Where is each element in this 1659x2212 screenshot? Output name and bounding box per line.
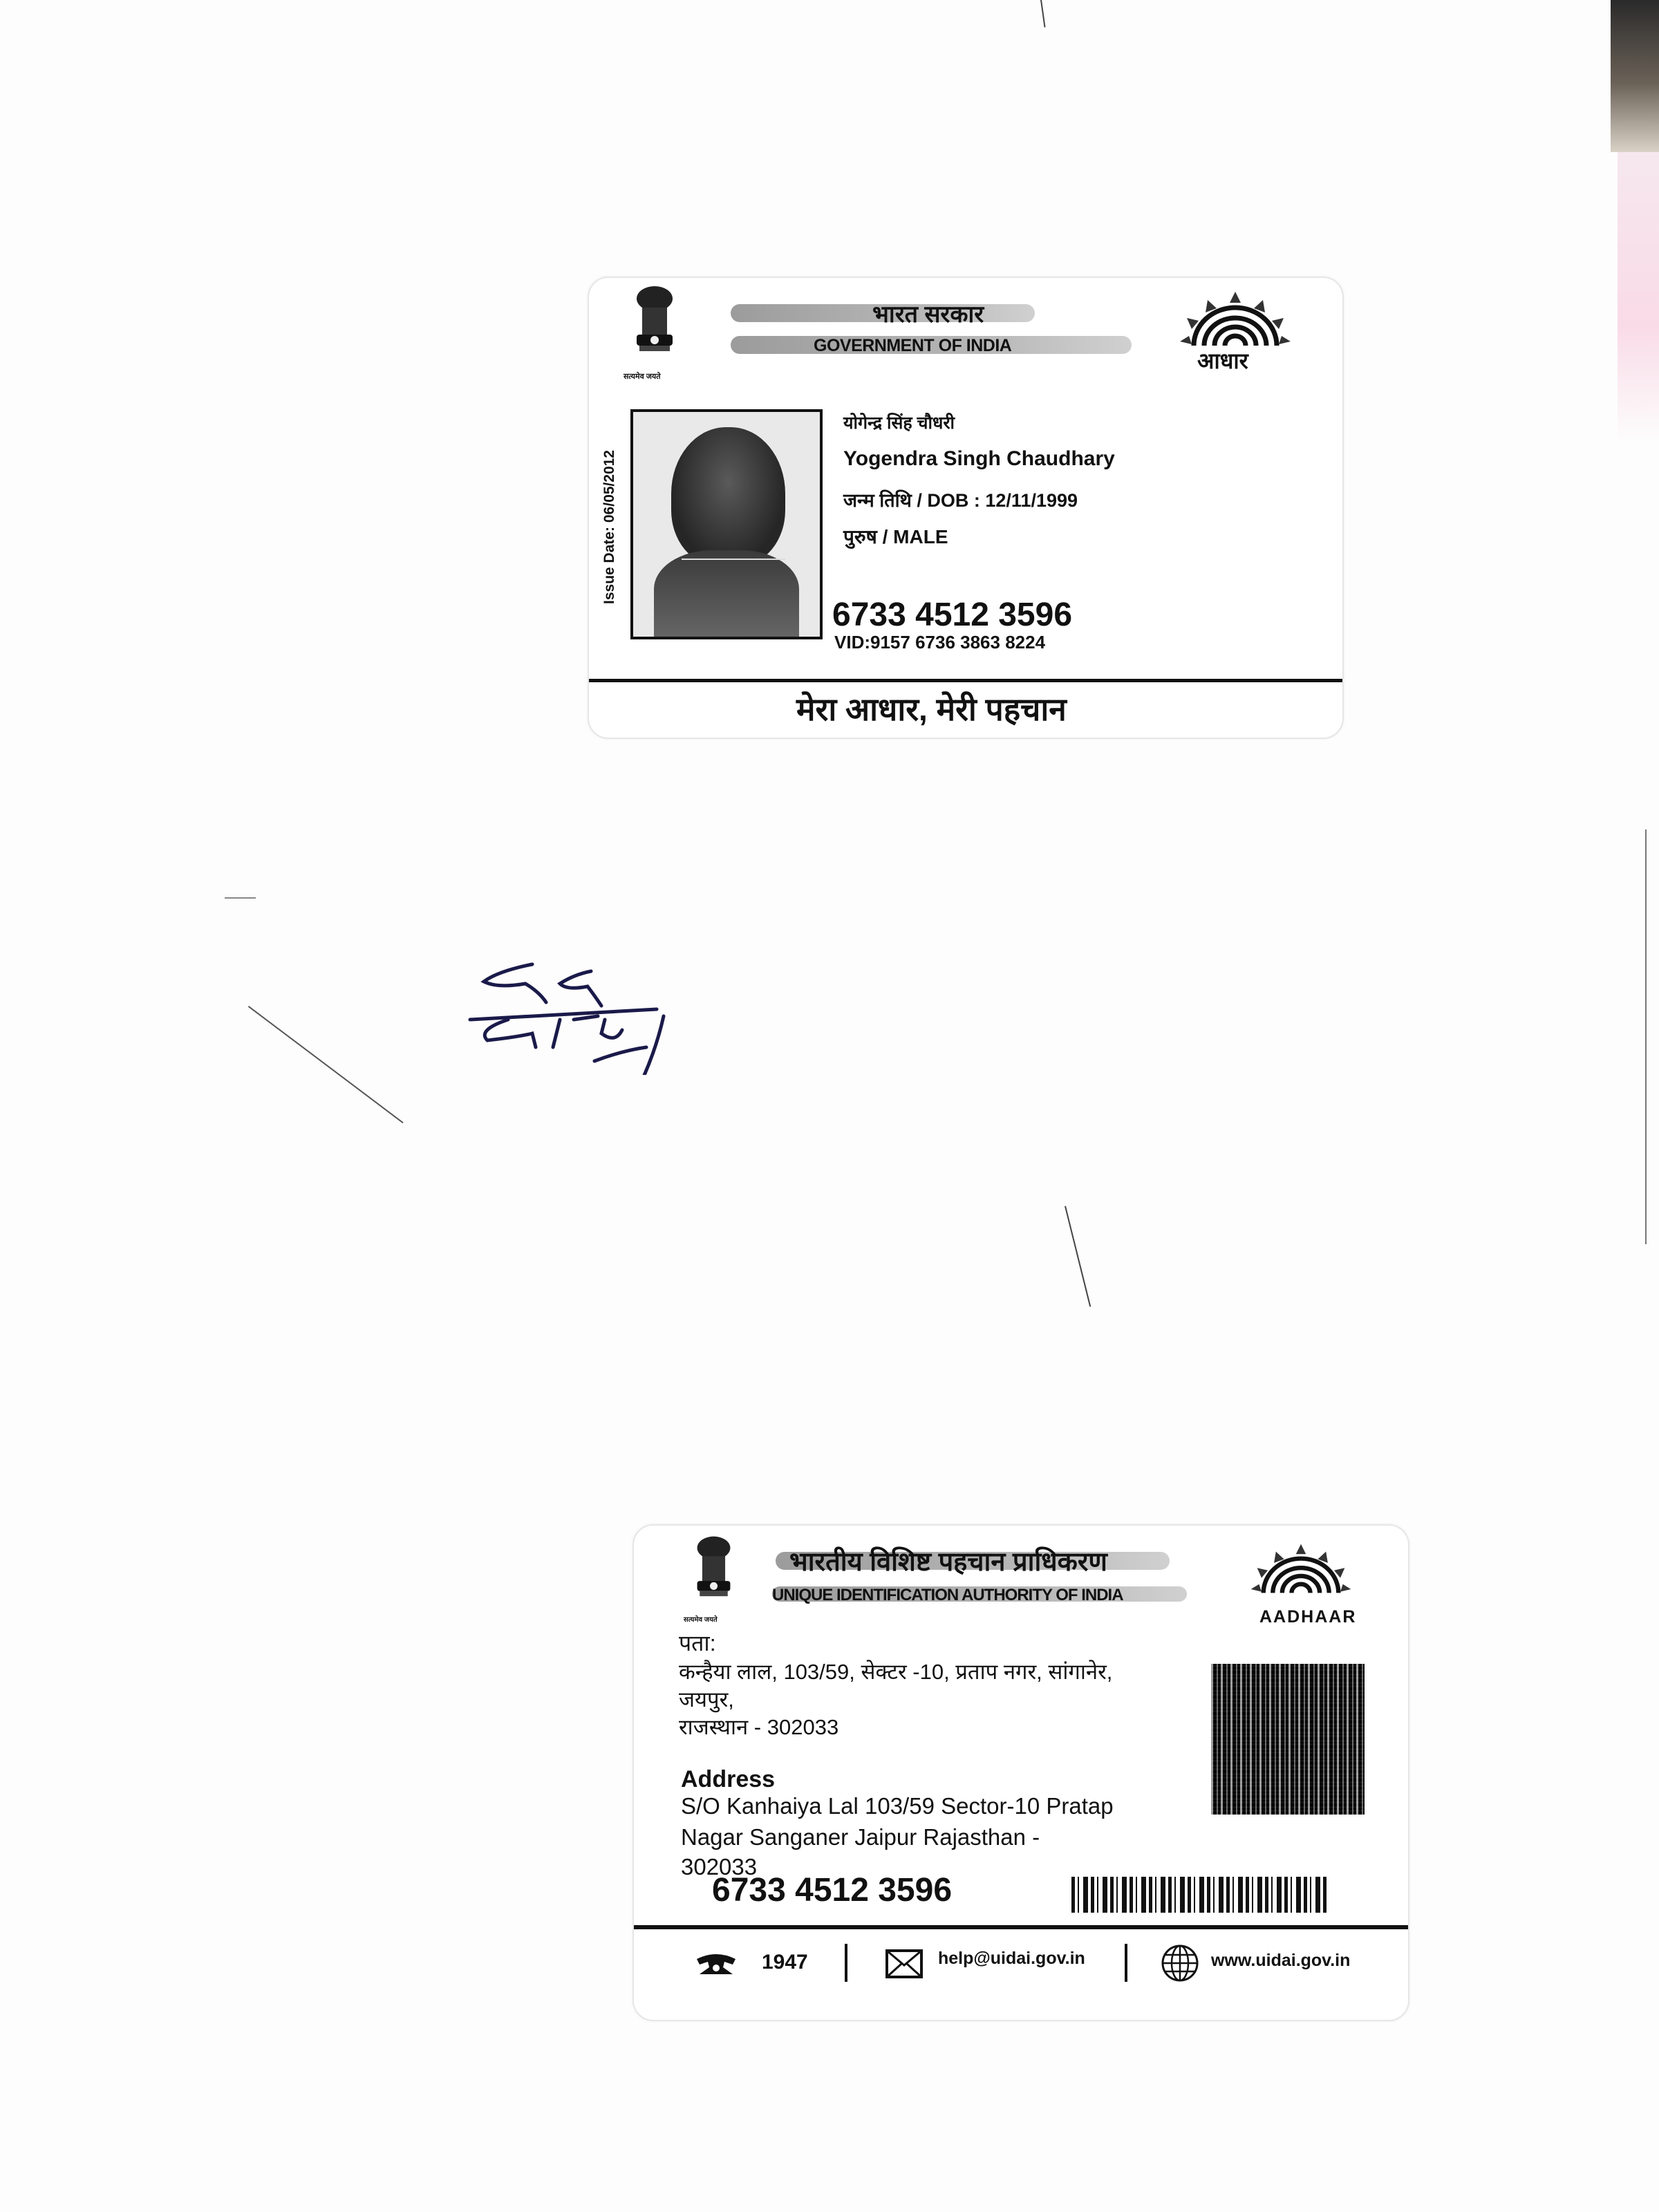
mail-icon bbox=[885, 1949, 924, 1979]
aadhaar-logo-text: AADHAAR bbox=[1259, 1607, 1356, 1627]
header-hindi: भारतीय विशिष्ट पहचान प्राधिकरण bbox=[789, 1543, 1107, 1579]
scan-mark bbox=[1645, 829, 1647, 1244]
qr-code bbox=[1211, 1664, 1365, 1815]
emblem-motto: सत्यमेव जयते bbox=[684, 1614, 718, 1624]
adjacent-paper-fragment bbox=[1618, 152, 1659, 442]
aadhaar-number: 6733 4512 3596 bbox=[832, 596, 1072, 634]
address-hindi-line2: जयपुर, bbox=[679, 1685, 734, 1714]
handwritten-signature: योगेन्द्र bbox=[456, 950, 677, 1075]
aadhaar-logo-text: आधार bbox=[1197, 346, 1248, 375]
address-hindi-line3: राजस्थान - 302033 bbox=[679, 1712, 838, 1741]
footer-separator bbox=[1125, 1944, 1127, 1982]
footer-separator bbox=[845, 1944, 847, 1982]
adjacent-photo-fragment bbox=[1611, 0, 1659, 152]
aadhaar-number: 6733 4512 3596 bbox=[712, 1871, 952, 1909]
gender: पुरुष / MALE bbox=[843, 523, 948, 550]
card-divider bbox=[634, 1925, 1408, 1929]
telephone-icon bbox=[693, 1949, 740, 1978]
website-link[interactable]: www.uidai.gov.in bbox=[1211, 1951, 1350, 1971]
helpline-number: 1947 bbox=[762, 1951, 808, 1974]
address-hindi-line1: कन्हैया लाल, 103/59, सेक्टर -10, प्रताप … bbox=[679, 1657, 1112, 1686]
header-hindi: भारत सरकार bbox=[872, 297, 984, 329]
globe-icon bbox=[1161, 1944, 1199, 1983]
header-english: UNIQUE IDENTIFICATION AUTHORITY OF INDIA bbox=[772, 1586, 1123, 1605]
scan-mark bbox=[1040, 0, 1046, 28]
header-english: GOVERNMENT OF INDIA bbox=[814, 336, 1011, 356]
aadhaar-back-card: सत्यमेव जयते भारतीय विशिष्ट पहचान प्राधि… bbox=[632, 1524, 1409, 2021]
address-label-hindi: पता: bbox=[679, 1628, 716, 1658]
barcode bbox=[1071, 1877, 1327, 1913]
emblem-motto: सत्यमेव जयते bbox=[624, 371, 661, 382]
holder-photo bbox=[630, 409, 823, 639]
aadhaar-logo-icon bbox=[1242, 1543, 1360, 1609]
signature-stroke bbox=[456, 950, 677, 1075]
issue-date: Issue Date: 06/05/2012 bbox=[601, 424, 618, 604]
card-divider bbox=[589, 679, 1342, 682]
name-english: Yogendra Singh Chaudhary bbox=[843, 447, 1115, 471]
tagline: मेरा आधार, मेरी पहचान bbox=[796, 687, 1067, 730]
scan-mark bbox=[248, 1006, 404, 1123]
name-hindi: योगेन्द्र सिंह चौधरी bbox=[843, 411, 955, 434]
scan-mark bbox=[225, 897, 256, 899]
national-emblem-icon bbox=[688, 1534, 740, 1613]
scan-mark bbox=[1065, 1206, 1091, 1307]
address-line2: Nagar Sanganer Jaipur Rajasthan - bbox=[681, 1824, 1040, 1850]
address-line1: S/O Kanhaiya Lal 103/59 Sector-10 Pratap bbox=[681, 1793, 1114, 1819]
national-emblem-icon bbox=[627, 283, 682, 370]
address-label: Address bbox=[681, 1766, 775, 1793]
help-email[interactable]: help@uidai.gov.in bbox=[938, 1949, 1085, 1969]
date-of-birth: जन्म तिथि / DOB : 12/11/1999 bbox=[843, 487, 1078, 512]
virtual-id: VID:9157 6736 3863 8224 bbox=[834, 632, 1045, 653]
aadhaar-front-card: सत्यमेव जयते भारत सरकार GOVERNMENT OF IN… bbox=[588, 276, 1344, 739]
